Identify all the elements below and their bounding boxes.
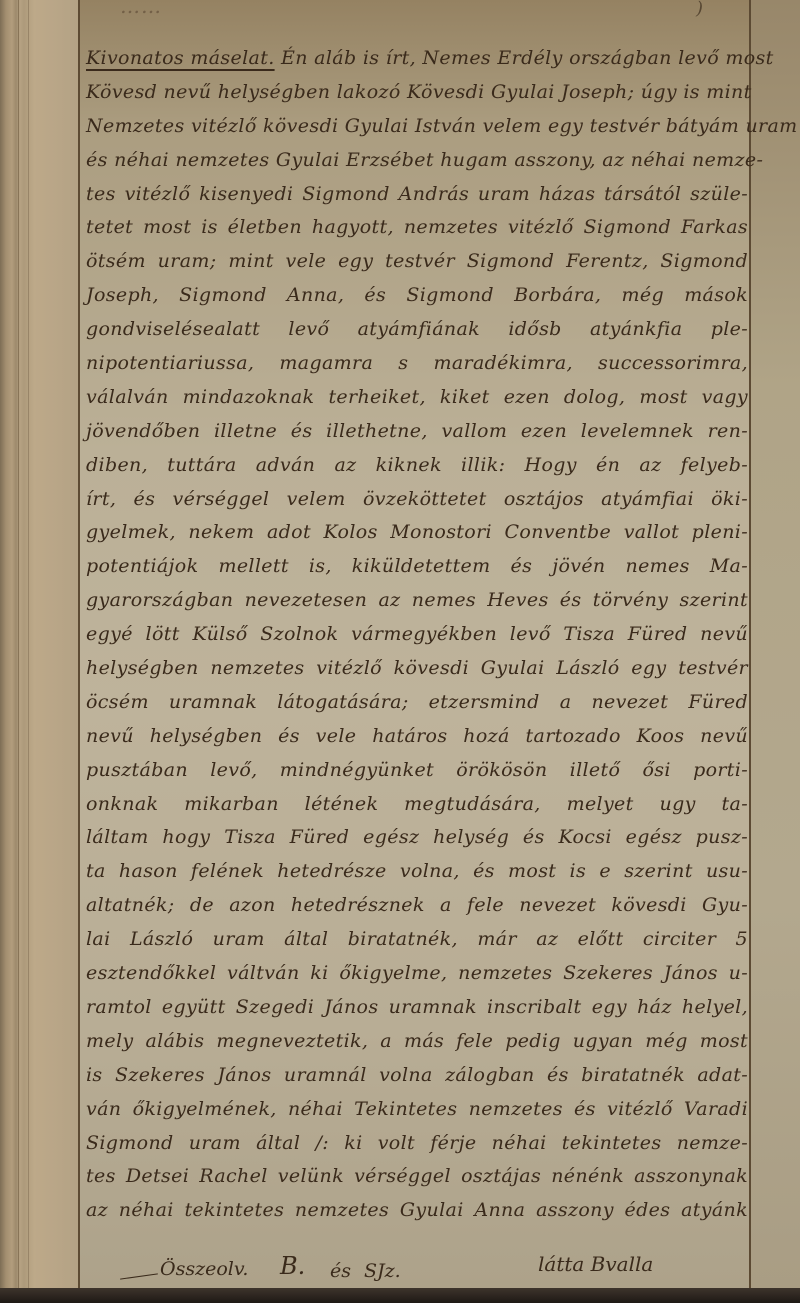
left-margin-rule bbox=[78, 0, 80, 1288]
manuscript-line: válalván mindazoknak terheiket, kiket ez… bbox=[86, 381, 748, 415]
signature-mark: SJz. bbox=[364, 1260, 401, 1282]
cutoff-top-text: …… bbox=[120, 0, 162, 18]
document-title: Kivonatos máselat. bbox=[86, 47, 275, 69]
manuscript-line: Nemzetes vitézlő kövesdi Gyulai István v… bbox=[86, 110, 748, 144]
manuscript-line: tetet most is életben hagyott, nemzetes … bbox=[86, 211, 748, 245]
seen-by-signature: látta Bvalla bbox=[538, 1252, 653, 1276]
manuscript-line: ramtol együtt Szegedi János uramnak insc… bbox=[86, 991, 748, 1025]
manuscript-line: jövendőben illetne és illethetne, vallom… bbox=[86, 415, 748, 449]
manuscript-line: írt, és vérséggel velem övzeköttetet osz… bbox=[86, 483, 748, 517]
manuscript-line: Joseph, Sigmond Anna, és Sigmond Borbára… bbox=[86, 279, 748, 313]
collation-note: Összeolv. bbox=[160, 1258, 248, 1280]
cutoff-top-right-mark: ) bbox=[696, 0, 703, 19]
manuscript-line: láltam hogy Tisza Füred egész helység és… bbox=[86, 821, 748, 855]
stacked-page-edges bbox=[0, 0, 80, 1303]
manuscript-line: nipotentiariussa, magamra s maradékimra,… bbox=[86, 347, 748, 381]
manuscript-line: és néhai nemzetes Gyulai Erzsébet hugam … bbox=[86, 144, 748, 178]
manuscript-line: tes vitézlő kisenyedi Sigmond András ura… bbox=[86, 178, 748, 212]
manuscript-line: öcsém uramnak látogatására; etzersmind a… bbox=[86, 686, 748, 720]
manuscript-line: egyé lött Külső Szolnok vármegyékben lev… bbox=[86, 618, 748, 652]
signature-flourish bbox=[120, 1273, 158, 1279]
manuscript-line: helységben nemzetes vitézlő kövesdi Gyul… bbox=[86, 652, 748, 686]
manuscript-line: is Szekeres János uramnál volna zálogban… bbox=[86, 1059, 748, 1093]
manuscript-line: nevű helységben és vele határos hozá tar… bbox=[86, 720, 748, 754]
manuscript-line: ta hason felének hetedrésze volna, és mo… bbox=[86, 855, 748, 889]
manuscript-line: pusztában levő, mindnégyünket örökösön i… bbox=[86, 754, 748, 788]
manuscript-line: tes Detsei Rachel velünk vérséggel osztá… bbox=[86, 1160, 748, 1194]
manuscript-line: az néhai tekintetes nemzetes Gyulai Anna… bbox=[86, 1194, 748, 1228]
manuscript-line: potentiájok mellett is, kiküldetettem és… bbox=[86, 550, 748, 584]
manuscript-line: onknak mikarban létének megtudására, mel… bbox=[86, 788, 748, 822]
manuscript-line: Sigmond uram által /: ki volt férje néha… bbox=[86, 1127, 748, 1161]
manuscript-line: gyarországban nevezetesen az nemes Heves… bbox=[86, 584, 748, 618]
manuscript-line: mely alábis megneveztetik, a más fele pe… bbox=[86, 1025, 748, 1059]
right-margin-strip bbox=[751, 0, 800, 1288]
signature-initial: B. bbox=[280, 1252, 305, 1280]
manuscript-line-title: Kivonatos máselat. Én aláb is írt, Nemes… bbox=[86, 42, 748, 76]
manuscript-line: lai László uram által biratatnék, már az… bbox=[86, 923, 748, 957]
manuscript-line: diben, tuttára adván az kiknek illik: Ho… bbox=[86, 449, 748, 483]
manuscript-photo: …… ) Kivonatos máselat. Én aláb is írt, … bbox=[0, 0, 800, 1303]
manuscript-line: ván őkigyelmének, néhai Tekintetes nemze… bbox=[86, 1093, 748, 1127]
manuscript-line: ötsém uram; mint vele egy testvér Sigmon… bbox=[86, 245, 748, 279]
manuscript-line: altatnék; de azon hetedrésznek a fele ne… bbox=[86, 889, 748, 923]
signature-row: Összeolv. B. és SJz. látta Bvalla bbox=[120, 1252, 740, 1288]
manuscript-line: gondviselésealatt levő atyámfiának idősb… bbox=[86, 313, 748, 347]
signature-conjunction: és bbox=[330, 1260, 351, 1282]
manuscript-line: gyelmek, nekem adot Kolos Monostori Conv… bbox=[86, 516, 748, 550]
manuscript-body: Kivonatos máselat. Én aláb is írt, Nemes… bbox=[86, 42, 748, 1228]
line-text: Én aláb is írt, Nemes Erdély országban l… bbox=[275, 47, 774, 69]
right-margin-rule bbox=[749, 0, 751, 1288]
manuscript-line: esztendőkkel váltván ki őkigyelme, nemze… bbox=[86, 957, 748, 991]
manuscript-line: Kövesd nevű helységben lakozó Kövesdi Gy… bbox=[86, 76, 748, 110]
bottom-shadow bbox=[0, 1288, 800, 1303]
